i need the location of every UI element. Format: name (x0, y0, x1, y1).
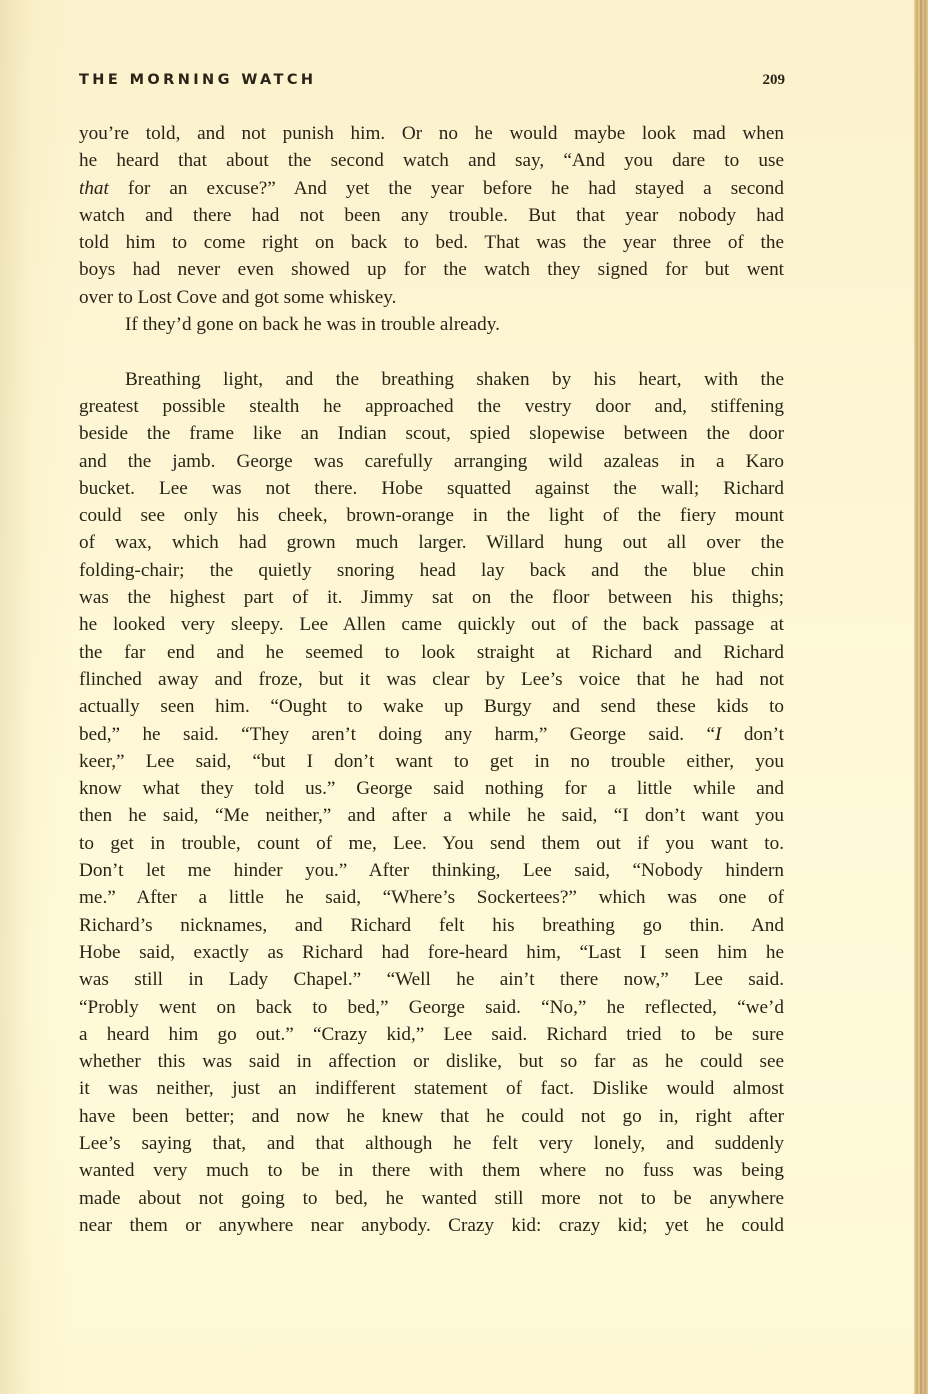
text-line: bucket. Lee was not there. Hobe squatted… (79, 475, 784, 502)
text-line: folding-chair; the quietly snoring head … (79, 557, 784, 584)
text-line: actually seen him. “Ought to wake up Bur… (79, 693, 784, 720)
text-line: told him to come right on back to bed. T… (79, 229, 784, 256)
paragraph: If they’d gone on back he was in trouble… (79, 311, 784, 338)
text-line: watch and there had not been any trouble… (79, 202, 784, 229)
page-edge (914, 0, 928, 1394)
italic-emphasis: I (715, 724, 721, 745)
text-line: he heard that about the second watch and… (79, 147, 784, 174)
paragraph: Breathing light, and the breathing shake… (79, 366, 784, 1240)
book-page: THE MORNING WATCH 209 you’re told, and n… (0, 0, 928, 1394)
text-line: could see only his cheek, brown-orange i… (79, 502, 784, 529)
text-line: Lee’s saying that, and that although he … (79, 1130, 784, 1157)
text-line: beside the frame like an Indian scout, s… (79, 420, 784, 447)
text-line: greatest possible stealth he approached … (79, 393, 784, 420)
text-line: flinched away and froze, but it was clea… (79, 666, 784, 693)
text-line: the far end and he seemed to look straig… (79, 639, 784, 666)
text-line: over to Lost Cove and got some whiskey. (79, 284, 784, 311)
text-line: If they’d gone on back he was in trouble… (79, 311, 784, 338)
italic-emphasis: that (79, 178, 109, 199)
text-line: know what they told us.” George said not… (79, 775, 784, 802)
text-line: made about not going to bed, he wanted s… (79, 1185, 784, 1212)
running-head: THE MORNING WATCH 209 (79, 72, 785, 94)
text-line: bed,” he said. “They aren’t doing any ha… (79, 721, 784, 748)
text-line: keer,” Lee said, “but I don’t want to ge… (79, 748, 784, 775)
text-line: Don’t let me hinder you.” After thinking… (79, 857, 784, 884)
text-line: boys had never even showed up for the wa… (79, 256, 784, 283)
text-line: wanted very much to be in there with the… (79, 1157, 784, 1184)
section-break (79, 338, 784, 365)
text-line: that for an excuse?” And yet the year be… (79, 175, 784, 202)
text-line: Breathing light, and the breathing shake… (79, 366, 784, 393)
running-title: THE MORNING WATCH (79, 72, 316, 88)
text-line: you’re told, and not punish him. Or no h… (79, 120, 784, 147)
text-line: Hobe said, exactly as Richard had fore-h… (79, 939, 784, 966)
text-line: me.” After a little he said, “Where’s So… (79, 884, 784, 911)
text-line: whether this was said in affection or di… (79, 1048, 784, 1075)
text-line: have been better; and now he knew that h… (79, 1103, 784, 1130)
text-line: “Probly went on back to bed,” George sai… (79, 994, 784, 1021)
text-line: was the highest part of it. Jimmy sat on… (79, 584, 784, 611)
text-line: Richard’s nicknames, and Richard felt hi… (79, 912, 784, 939)
page-number: 209 (763, 72, 786, 89)
body-text: you’re told, and not punish him. Or no h… (79, 120, 784, 1239)
text-line: of wax, which had grown much larger. Wil… (79, 529, 784, 556)
text-line: to get in trouble, count of me, Lee. You… (79, 830, 784, 857)
text-line: he looked very sleepy. Lee Allen came qu… (79, 611, 784, 638)
text-line: a heard him go out.” “Crazy kid,” Lee sa… (79, 1021, 784, 1048)
paragraph: you’re told, and not punish him. Or no h… (79, 120, 784, 311)
text-line: then he said, “Me neither,” and after a … (79, 802, 784, 829)
text-line: it was neither, just an indifferent stat… (79, 1075, 784, 1102)
text-line: and the jamb. George was carefully arran… (79, 448, 784, 475)
text-line: was still in Lady Chapel.” “Well he ain’… (79, 966, 784, 993)
text-line: near them or anywhere near anybody. Craz… (79, 1212, 784, 1239)
